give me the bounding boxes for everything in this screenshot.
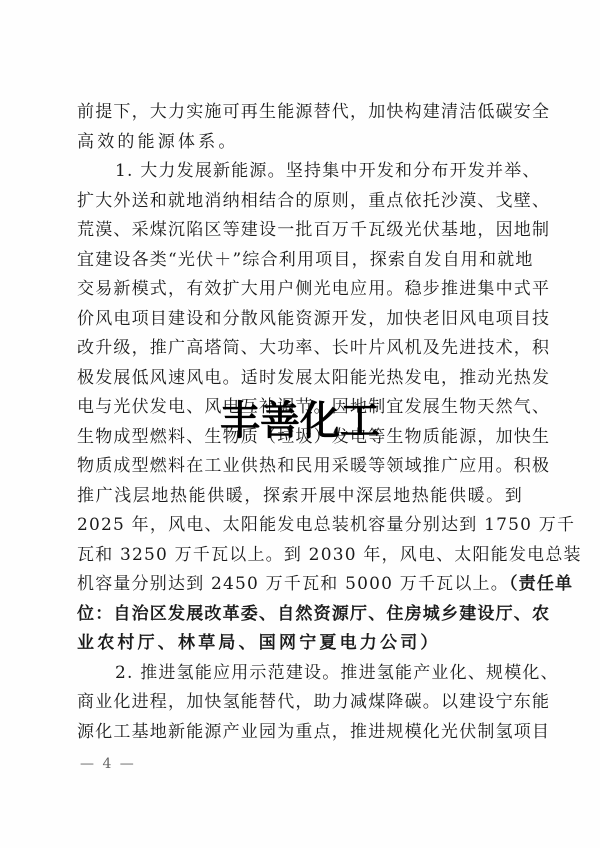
text-line: 荒漠、采煤沉陷区等建设一批百万千瓦级光伏基地，因地制 [77,216,523,246]
text-line: 扩大外送和就地消纳相结合的原则，重点依托沙漠、戈壁、 [77,187,523,217]
text-line: 机容量分别达到 2450 万千瓦和 5000 万千瓦以上。（责任单 [77,570,523,600]
watermark: 丰善化工 [220,398,380,444]
responsibility-units-line: 业农村厅、林草局、国网宁夏电力公司） [77,629,523,659]
text-line: 交易新模式，有效扩大用户侧光电应用。稳步推进集中式平 [77,275,523,305]
text-line: 前提下，大力实施可再生能源替代，加快构建清洁低碳安全 [77,98,523,128]
text-line: 推广浅层地热能供暖，探索开展中深层地热能供暖。到 [77,482,523,512]
text-line: 商业化进程，加快氢能替代，助力减煤降碳。以建设宁东能 [77,688,523,718]
text-line: 极发展低风速风电。适时发展太阳能光热发电，推动光热发 [77,364,523,394]
text-line: 高效的能源体系。 [77,128,523,158]
text-line: 物质成型燃料在工业供热和民用采暖等领域推广应用。积极 [77,452,523,482]
section-heading-line: 1. 大力发展新能源。坚持集中开发和分布开发并举、 [77,157,523,187]
text-line: 价风电项目建设和分散风能资源开发，加快老旧风电项目技 [77,305,523,335]
text-line: 2025 年，风电、太阳能发电总装机容量分别达到 1750 万千 [77,511,523,541]
text-line: 改升级，推广高塔筒、大功率、长叶片风机及先进技术，积 [77,334,523,364]
responsibility-label: （责任单 [509,574,573,594]
document-page: 前提下，大力实施可再生能源替代，加快构建清洁低碳安全 高效的能源体系。 1. 大… [0,0,600,848]
text-line: 源化工基地新能源产业园为重点，推进规模化光伏制氢项目 [77,718,523,748]
section-heading-line: 2. 推进氢能应用示范建设。推进氢能产业化、规模化、 [77,659,523,689]
text-line: 宜建设各类“光伏＋”综合利用项目，探索自发自用和就地 [77,246,523,276]
responsibility-units-line: 位：自治区发展改革委、自然资源厅、住房城乡建设厅、农 [77,600,523,630]
text-line: 瓦和 3250 万千瓦以上。到 2030 年，风电、太阳能发电总装 [77,541,523,571]
text-segment: 机容量分别达到 2450 万千瓦和 5000 万千瓦以上。 [77,574,509,594]
page-number: — 4 — [80,756,136,772]
